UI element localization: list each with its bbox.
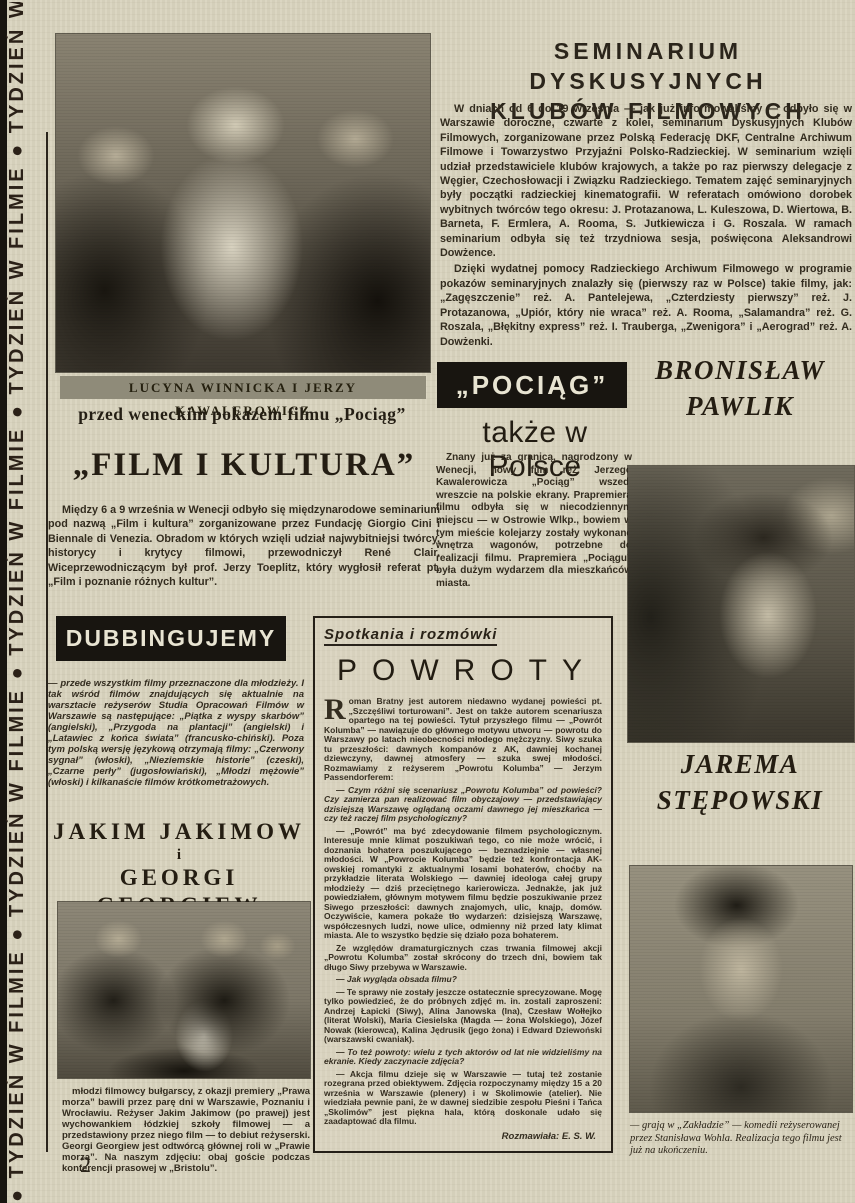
jakim-georgi-photo <box>58 902 310 1078</box>
powroty-signoff: Rozmawiała: E. S. W. <box>324 1132 602 1142</box>
dubbingujemy-paragraph: — przede wszystkim filmy przeznaczone dl… <box>48 678 304 788</box>
jarema-title-line2: STĘPOWSKI <box>628 782 852 818</box>
sidebar-divider-rule <box>46 132 48 1152</box>
dubbingujemy-box-title: DUBBINGUJEMY <box>56 616 286 661</box>
jakim-title-conjunction: i <box>46 846 312 864</box>
jakim-caption-paragraph: młodzi filmowcy bułgarscy, z okazji prem… <box>62 1086 310 1174</box>
bronislaw-title-line1: BRONISŁAW <box>628 352 852 388</box>
seminarium-body: W dniach od 6 do 19 września — jak już i… <box>440 102 852 351</box>
jarema-title-line1: JAREMA <box>628 746 852 782</box>
jakim-title-line1: JAKIM JAKIMOW <box>46 818 312 846</box>
magazine-page: ● TYDZIEŃ W FILMIE ● TYDZIEŃ W FILMIE ● … <box>0 0 855 1203</box>
pociag-box-title: „POCIĄG” <box>437 362 627 408</box>
jarema-photo-caption: — grają w „Zakładzie” — komedii reżysero… <box>630 1120 844 1158</box>
powroty-question-3: — To też powroty: wielu z tych aktorów o… <box>324 1048 602 1067</box>
dubbingujemy-body: — przede wszystkim filmy przeznaczone dl… <box>48 678 304 790</box>
powroty-answer-1: — „Powrót” ma być zdecydowanie filmem ps… <box>324 827 602 941</box>
premiere-photo-caption-bar: LUCYNA WINNICKA I JERZY KAWALEROWICZ <box>60 376 426 399</box>
powroty-question-1: — Czym różni się scenariusz „Powrotu Kol… <box>324 786 602 824</box>
film-i-kultura-body: Między 6 a 9 września w Wenecji odbyło s… <box>48 503 440 591</box>
page-number: 2 <box>80 1152 91 1178</box>
jarema-caption-text: — grają w „Zakładzie” — komedii reżysero… <box>630 1120 842 1156</box>
powroty-lead-paragraph: Roman Bratny jest autorem niedawno wydan… <box>324 697 602 783</box>
jakim-photo-caption: młodzi filmowcy bułgarscy, z okazji prem… <box>62 1086 310 1176</box>
bronislaw-pawlik-title: BRONISŁAW PAWLIK <box>628 352 852 424</box>
powroty-dropcap: R <box>324 697 349 722</box>
pociag-body: Znany już za granicą, nagrodzony w Wenec… <box>436 452 632 593</box>
film-i-kultura-title: „FILM I KULTURA” <box>58 447 430 484</box>
bronislaw-pawlik-photo <box>628 466 854 742</box>
powroty-article-box: Spotkania i rozmówki POWROTY Roman Bratn… <box>313 616 613 1153</box>
powroty-lead-text: oman Bratny jest autorem niedawno wydane… <box>324 696 602 782</box>
seminarium-title-line1: SEMINARIUM DYSKUSYJNYCH <box>446 36 850 96</box>
bronislaw-title-line2: PAWLIK <box>628 388 852 424</box>
powroty-title: POWROTY <box>332 654 602 688</box>
powroty-question-2: — Jak wygląda obsada filmu? <box>324 975 602 985</box>
powroty-kicker: Spotkania i rozmówki <box>324 626 497 646</box>
powroty-answer-1b: Ze względów dramaturgicznych czas trwani… <box>324 944 602 973</box>
jarema-stepowski-photo <box>630 866 852 1112</box>
seminarium-paragraph-2: Dzięki wydatnej pomocy Radzieckiego Arch… <box>440 262 852 348</box>
premiere-photo <box>56 34 430 372</box>
premiere-photo-subcaption: przed weneckim pokazem filmu „Pociąg” <box>46 404 438 425</box>
powroty-body: Roman Bratny jest autorem niedawno wydan… <box>324 697 602 1141</box>
film-i-kultura-paragraph: Między 6 a 9 września w Wenecji odbyło s… <box>48 503 440 589</box>
jarema-stepowski-title: JAREMA STĘPOWSKI <box>628 746 852 818</box>
sidebar-vertical-masthead: ● TYDZIEŃ W FILMIE ● TYDZIEŃ W FILMIE ● … <box>6 2 44 1202</box>
powroty-answer-2: — Te sprawy nie zostały jeszcze ostatecz… <box>324 988 602 1045</box>
seminarium-paragraph-1: W dniach od 6 do 19 września — jak już i… <box>440 102 852 260</box>
pociag-paragraph: Znany już za granicą, nagrodzony w Wenec… <box>436 452 632 591</box>
powroty-answer-3: — Akcja filmu dzieje się w Warszawie — t… <box>324 1070 602 1127</box>
